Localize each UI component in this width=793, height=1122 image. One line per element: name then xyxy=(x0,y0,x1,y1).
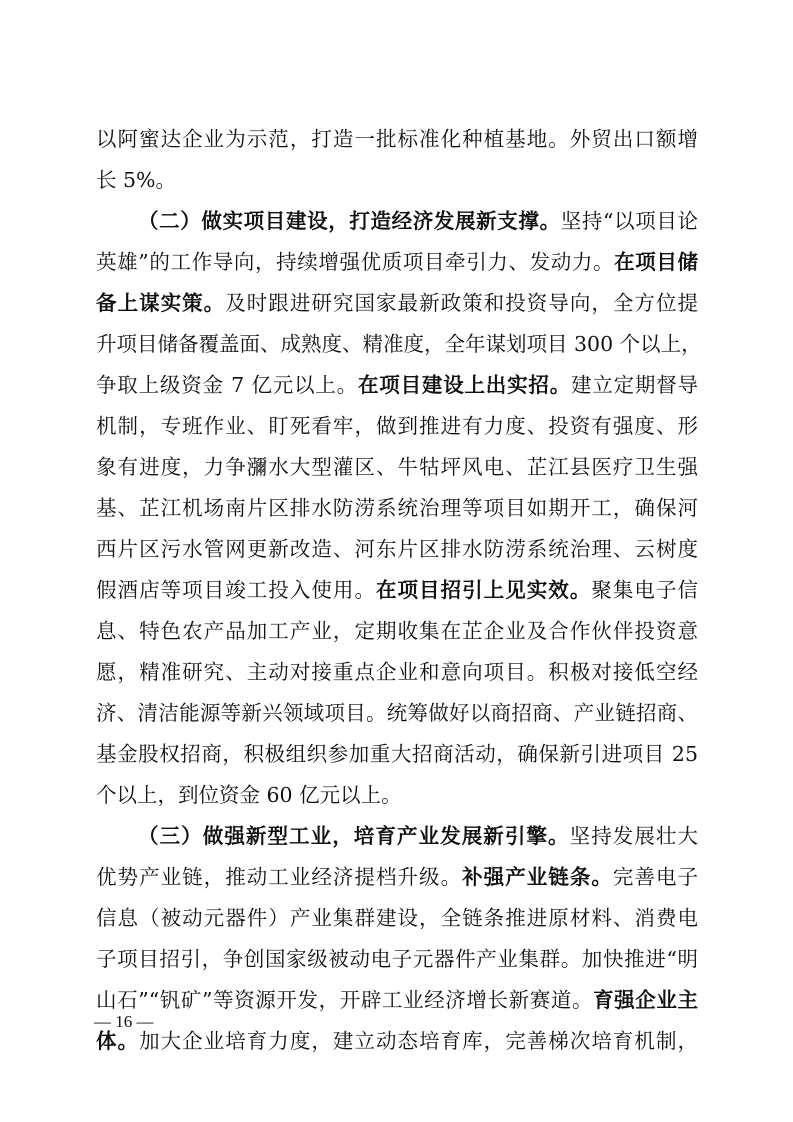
text-line: 山石”“钒矿”等资源开发，开辟工业经济增长新赛道。育强企业主 xyxy=(96,980,698,1021)
body-text: 坚持发展壮大 xyxy=(570,824,698,848)
section-heading: （二）做实项目建设，打造经济发展新支撑。 xyxy=(138,209,561,233)
bold-subheading: 体。 xyxy=(96,1029,139,1053)
page-number: — 16 — xyxy=(94,1012,154,1032)
bold-subheading: 在项目招引上见实效。 xyxy=(376,578,591,602)
body-text: 西片区污水管网更新改造、河东片区排水防涝系统治理、云树度 xyxy=(96,537,698,561)
body-text: 升项目储备覆盖面、成熟度、精准度，全年谋划项目 300 个以上， xyxy=(96,332,702,356)
text-line: 基、芷江机场南片区排水防涝系统治理等项目如期开工，确保河 xyxy=(96,488,698,529)
text-line: 升项目储备覆盖面、成熟度、精准度，全年谋划项目 300 个以上， xyxy=(96,324,698,365)
text-line: 基金股权招商，积极组织参加重大招商活动，确保新引进项目 25 xyxy=(96,734,698,775)
body-text: 山石”“钒矿”等资源开发，开辟工业经济增长新赛道。 xyxy=(96,988,593,1012)
bold-subheading: 补强产业链条。 xyxy=(462,865,613,889)
bold-subheading: 在项目储 xyxy=(614,250,698,274)
text-line: 个以上，到位资金 60 亿元以上。 xyxy=(96,775,698,816)
text-line: 争取上级资金 7 亿元以上。在项目建设上出实招。建立定期督导 xyxy=(96,365,698,406)
bold-subheading: 育强企业主 xyxy=(593,988,698,1012)
body-text: 象有进度，力争瀰水大型灌区、牛牯坪风电、芷江县医疗卫生强 xyxy=(96,455,698,479)
body-text: 英雄”的工作导向，持续增强优质项目牵引力、发动力。 xyxy=(96,250,614,274)
text-line: 济、清洁能源等新兴领域项目。统筹做好以商招商、产业链招商、 xyxy=(96,693,698,734)
body-text: 长 5%。 xyxy=(96,168,176,192)
bold-subheading: 在项目建设上出实招。 xyxy=(358,373,571,397)
body-text: 以阿蜜达企业为示范，打造一批标准化种植基地。外贸出口额增 xyxy=(96,127,698,151)
text-line: 优势产业链，推动工业经济提档升级。补强产业链条。完善电子 xyxy=(96,857,698,898)
text-line: 息、特色农产品加工产业，定期收集在芷企业及合作伙伴投资意 xyxy=(96,611,698,652)
body-text: 争取上级资金 7 亿元以上。 xyxy=(96,373,358,397)
body-text: 假酒店等项目竣工投入使用。 xyxy=(96,578,376,602)
text-line: 备上谋实策。及时跟进研究国家最新政策和投资导向，全方位提 xyxy=(96,283,698,324)
text-line: 体。加大企业培育力度，建立动态培育库，完善梯次培育机制， xyxy=(96,1021,698,1062)
body-text: 息、特色农产品加工产业，定期收集在芷企业及合作伙伴投资意 xyxy=(96,619,698,643)
section-heading: （三）做强新型工业，培育产业发展新引擎。 xyxy=(138,824,570,848)
body-text: 完善电子 xyxy=(613,865,698,889)
body-text: 信息（被动元器件）产业集群建设，全链条推进原材料、消费电 xyxy=(96,906,698,930)
body-text: 建立定期督导 xyxy=(571,373,698,397)
text-line: 长 5%。 xyxy=(96,160,698,201)
paragraph-heading-line: （二）做实项目建设，打造经济发展新支撑。坚持“以项目论 xyxy=(96,201,698,242)
text-line: 信息（被动元器件）产业集群建设，全链条推进原材料、消费电 xyxy=(96,898,698,939)
text-line: 假酒店等项目竣工投入使用。在项目招引上见实效。聚集电子信 xyxy=(96,570,698,611)
text-line: 象有进度，力争瀰水大型灌区、牛牯坪风电、芷江县医疗卫生强 xyxy=(96,447,698,488)
body-text: 基金股权招商，积极组织参加重大招商活动，确保新引进项目 25 xyxy=(96,742,698,766)
body-text: 加大企业培育力度，建立动态培育库，完善梯次培育机制， xyxy=(139,1029,698,1053)
text-line: 子项目招引，争创国家级被动电子元器件产业集群。加快推进“明 xyxy=(96,939,698,980)
body-text: 聚集电子信 xyxy=(591,578,698,602)
body-text: 个以上，到位资金 60 亿元以上。 xyxy=(96,783,402,807)
body-text: 及时跟进研究国家最新政策和投资导向，全方位提 xyxy=(225,291,698,315)
document-body: 以阿蜜达企业为示范，打造一批标准化种植基地。外贸出口额增长 5%。（二）做实项目… xyxy=(96,119,698,1062)
body-text: 机制，专班作业、盯死看牢，做到推进有力度、投资有强度、形 xyxy=(96,414,698,438)
body-text: 济、清洁能源等新兴领域项目。统筹做好以商招商、产业链招商、 xyxy=(96,701,698,725)
body-text: 愿，精准研究、主动对接重点企业和意向项目。积极对接低空经 xyxy=(96,660,698,684)
body-text: 优势产业链，推动工业经济提档升级。 xyxy=(96,865,462,889)
body-text: 坚持“以项目论 xyxy=(561,209,698,233)
text-line: 西片区污水管网更新改造、河东片区排水防涝系统治理、云树度 xyxy=(96,529,698,570)
text-line: 以阿蜜达企业为示范，打造一批标准化种植基地。外贸出口额增 xyxy=(96,119,698,160)
bold-subheading: 备上谋实策。 xyxy=(96,291,225,315)
text-line: 英雄”的工作导向，持续增强优质项目牵引力、发动力。在项目储 xyxy=(96,242,698,283)
text-line: 愿，精准研究、主动对接重点企业和意向项目。积极对接低空经 xyxy=(96,652,698,693)
body-text: 子项目招引，争创国家级被动电子元器件产业集群。加快推进“明 xyxy=(96,947,698,971)
body-text: 基、芷江机场南片区排水防涝系统治理等项目如期开工，确保河 xyxy=(96,496,698,520)
paragraph-heading-line: （三）做强新型工业，培育产业发展新引擎。坚持发展壮大 xyxy=(96,816,698,857)
text-line: 机制，专班作业、盯死看牢，做到推进有力度、投资有强度、形 xyxy=(96,406,698,447)
